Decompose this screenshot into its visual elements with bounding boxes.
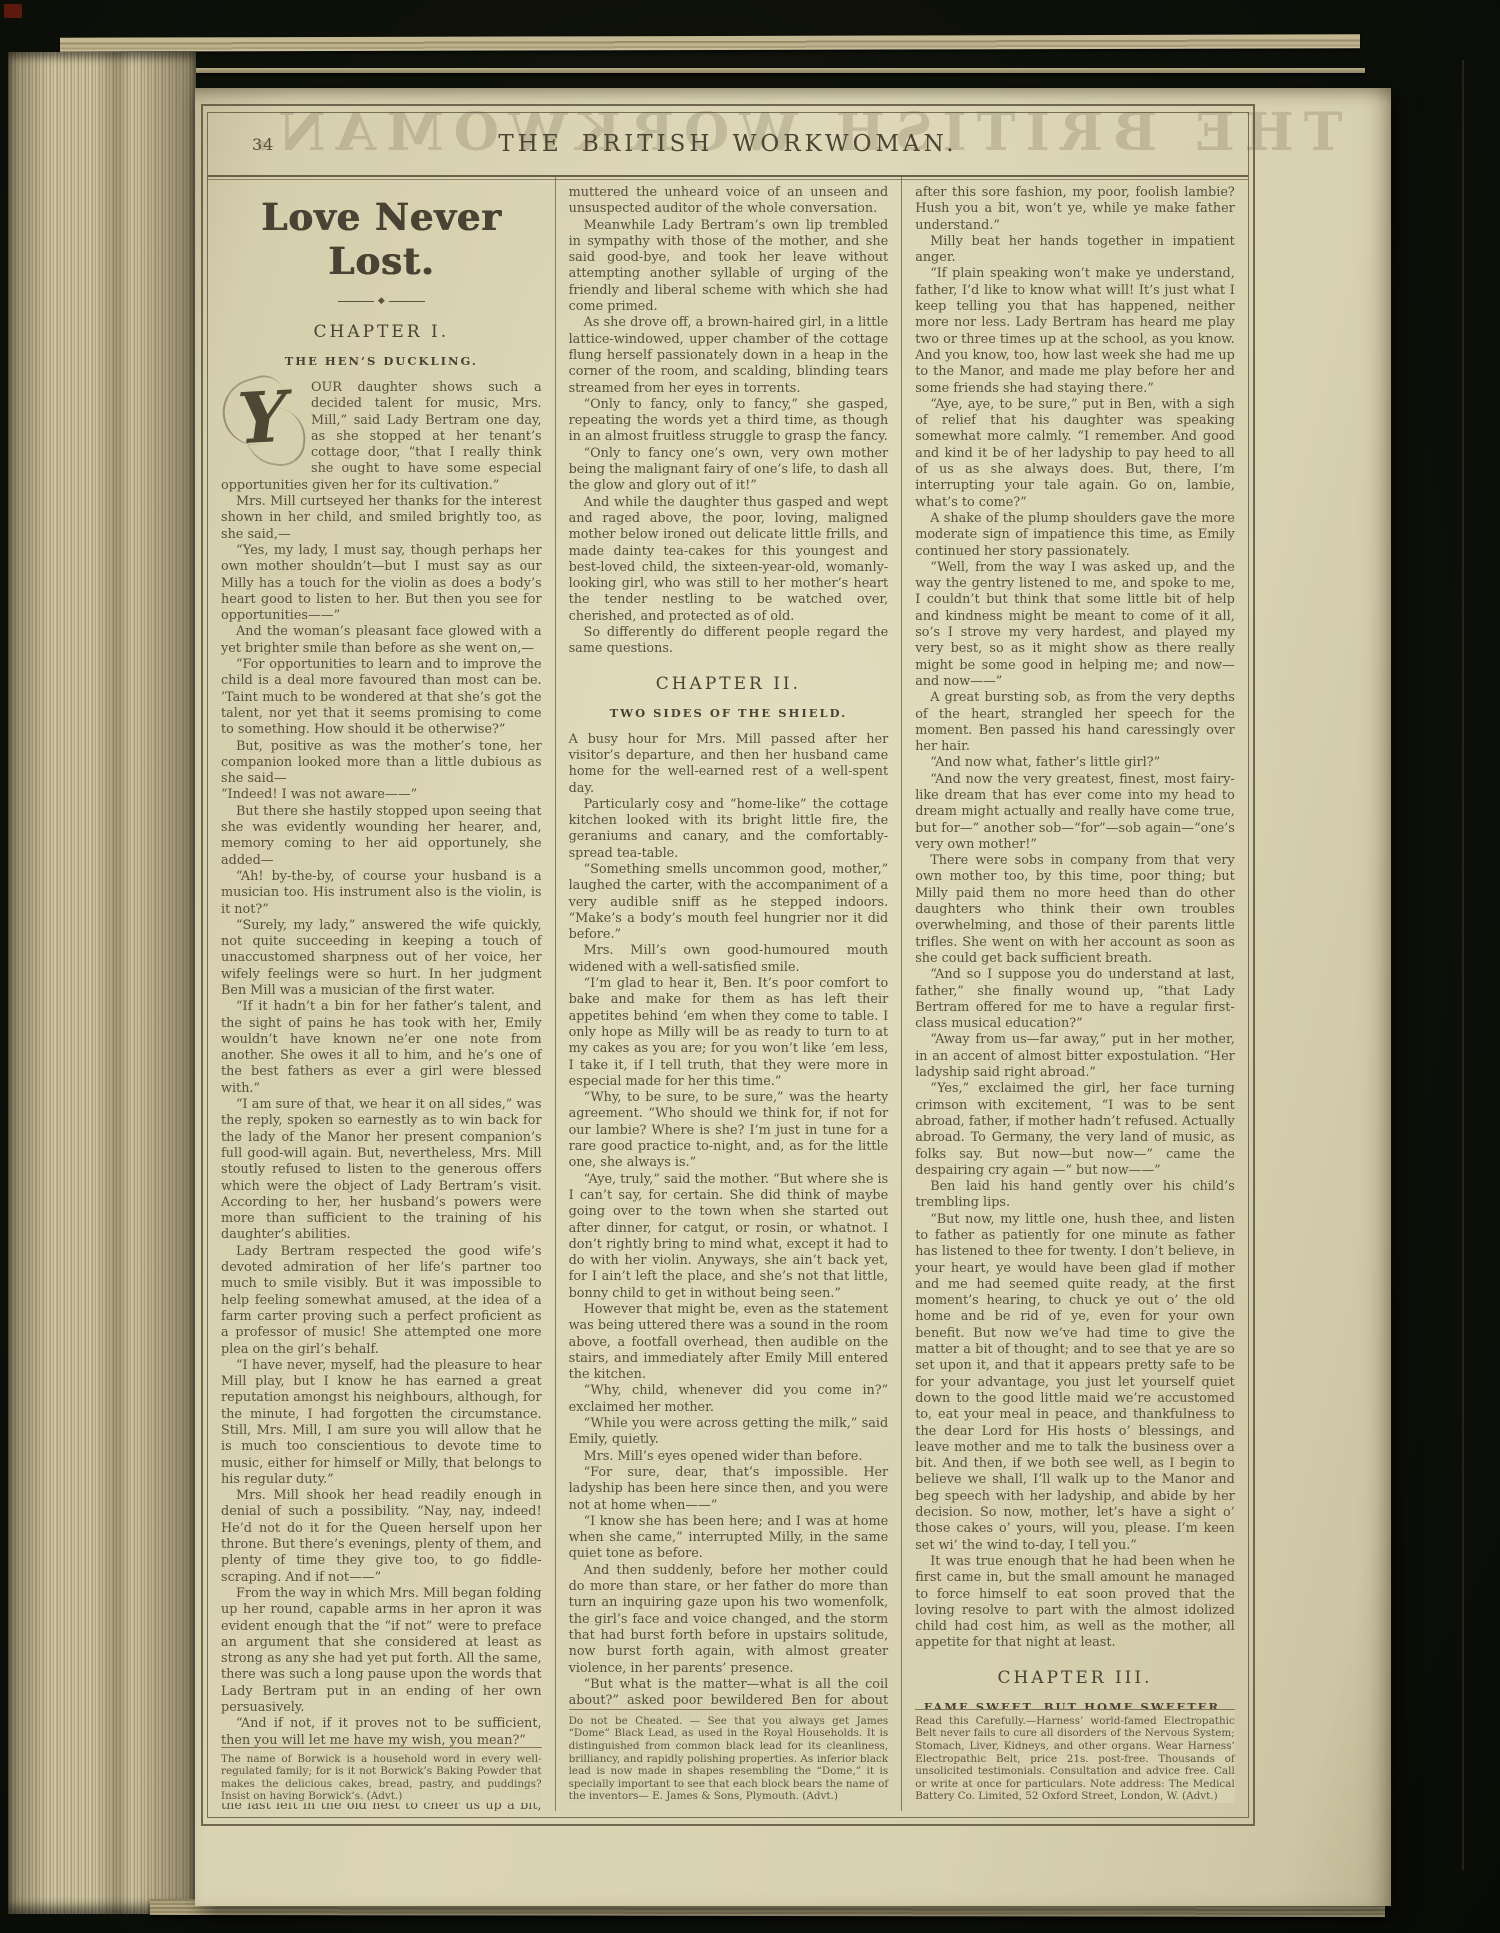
paragraph: “I know she has been here; and I was at … [569,1514,889,1563]
paragraph: “Well, from the way I was asked up, and … [915,560,1235,690]
paragraph: “Yes, my lady, I must say, though perhap… [221,543,542,624]
paragraph: But, positive as was the mother’s tone, … [221,739,542,788]
paragraph: A shake of the plump shoulders gave the … [915,511,1235,560]
paragraph: Lady Bertram respected the good wife’s d… [221,1244,542,1358]
paragraph: There were sobs in company from that ver… [915,853,1235,967]
book-fore-edge-pages [8,52,196,1914]
masthead-title: THE BRITISH WORKWOMAN. [208,131,1248,157]
paragraph: “If plain speaking won’t make ye underst… [915,266,1235,396]
paragraph: “Yes,” exclaimed the girl, her face turn… [915,1081,1235,1179]
paragraph: “And so I suppose you do understand at l… [915,967,1235,1032]
paragraph: “Aye, aye, to be sure,” put in Ben, with… [915,397,1235,511]
paragraph: “And if not, if it proves not to be suff… [221,1716,542,1749]
section-heading: TWO SIDES OF THE SHIELD. [569,706,889,720]
column-2: muttered the unheard voice of an unseen … [555,177,902,1811]
book-cover-glimpse [4,4,22,18]
paragraph: But there she hastily stopped upon seein… [221,804,542,869]
paragraph: YOUR daughter shows such a decided talen… [221,380,542,494]
paragraph: after this sore fashion, my poor, foolis… [915,185,1235,234]
paragraph: “Away from us—far away,” put in her moth… [915,1032,1235,1081]
page-edge-highlight [1462,60,1464,1870]
paragraph: “For sure, dear, that’s impossible. Her … [569,1465,889,1514]
paragraph: A great bursting sob, as from the very d… [915,690,1235,755]
paragraph: “And now the very greatest, finest, most… [915,772,1235,853]
paragraph: “Why, to be sure, to be sure,” was the h… [569,1090,889,1171]
paragraph: “Indeed! I was not aware——” [221,787,542,803]
chapter-heading: CHAPTER II. [569,674,889,694]
section-heading: THE HEN’S DUCKLING. [221,354,542,368]
paragraph: As she drove off, a brown-haired girl, i… [569,315,889,396]
paragraph: Ben laid his hand gently over his child’… [915,1179,1235,1212]
title-divider-ornament: ◆ [221,297,542,306]
paragraph: “Surely, my lady,” answered the wife qui… [221,918,542,999]
paragraph: Mrs. Mill curtseyed her thanks for the i… [221,494,542,543]
paragraph: Mrs. Mill shook her head readily enough … [221,1488,542,1586]
paragraph: “While you were across getting the milk,… [569,1416,889,1449]
paragraph: It was true enough that he had been when… [915,1554,1235,1652]
book-scan: THE BRITISH WORKWOMAN. 34 THE BRITISH WO… [0,0,1500,1933]
column-1: Love Never Lost.◆CHAPTER I.THE HEN’S DUC… [208,177,555,1811]
chapter-heading: CHAPTER III. [915,1668,1235,1688]
printed-frame: 34 THE BRITISH WORKWOMAN. Love Never Los… [207,112,1249,1818]
paragraph: However that might be, even as the state… [569,1302,889,1383]
chapter-heading: CHAPTER I. [221,322,542,342]
paragraph: “For opportunities to learn and to impro… [221,657,542,738]
footnote-ad: The name of Borwick is a household word … [221,1747,542,1803]
footnote-ad: Do not be Cheated. — See that you always… [569,1709,889,1803]
paragraph: From the way in which Mrs. Mill began fo… [221,1586,542,1716]
book-top-page-edges [95,68,1365,73]
column-area: Love Never Lost.◆CHAPTER I.THE HEN’S DUC… [208,177,1248,1811]
paragraph: Meanwhile Lady Bertram’s own lip tremble… [569,218,889,316]
paragraph: Mrs. Mill’s eyes opened wider than befor… [569,1449,889,1465]
paragraph: “And now what, father’s little girl?” [915,755,1235,771]
paragraph: And the woman’s pleasant face glowed wit… [221,624,542,657]
paragraph: “If it hadn’t a bin for her father’s tal… [221,999,542,1097]
paragraph: Particularly cosy and “home-like” the co… [569,797,889,862]
paragraph: A busy hour for Mrs. Mill passed after h… [569,732,889,797]
ornate-initial: Y [219,380,307,466]
paragraph: And while the daughter thus gasped and w… [569,495,889,625]
book-top-page-edges [60,34,1360,51]
paragraph: “Only to fancy, only to fancy,” she gasp… [569,397,889,446]
paragraph: “I’m glad to hear it, Ben. It’s poor com… [569,976,889,1090]
paragraph: “Something smells uncommon good, mother,… [569,862,889,943]
column-3: after this sore fashion, my poor, foolis… [901,177,1248,1811]
paragraph: And then suddenly, before her mother cou… [569,1563,889,1677]
magazine-page: THE BRITISH WORKWOMAN. 34 THE BRITISH WO… [195,88,1391,1906]
paragraph: “Aye, truly,” said the mother. “But wher… [569,1172,889,1302]
paragraph: “I have never, myself, had the pleasure … [221,1358,542,1488]
page-header: 34 THE BRITISH WORKWOMAN. [208,113,1248,177]
story-title: Love Never Lost. [221,195,542,283]
footnote-ad: Read this Carefully.—Harness’ world-fame… [915,1709,1235,1803]
paragraph: Milly beat her hands together in impatie… [915,234,1235,267]
paragraph: muttered the unheard voice of an unseen … [569,185,889,218]
paragraph: “Only to fancy one’s own, very own mothe… [569,446,889,495]
paragraph: “Why, child, whenever did you come in?” … [569,1383,889,1416]
paragraph: “Ah! by-the-by, of course your husband i… [221,869,542,918]
paragraph: “But now, my little one, hush thee, and … [915,1212,1235,1554]
paragraph: “I am sure of that, we hear it on all si… [221,1097,542,1244]
paragraph: So differently do different people regar… [569,625,889,658]
paragraph: Mrs. Mill’s own good-humoured mouth wide… [569,943,889,976]
